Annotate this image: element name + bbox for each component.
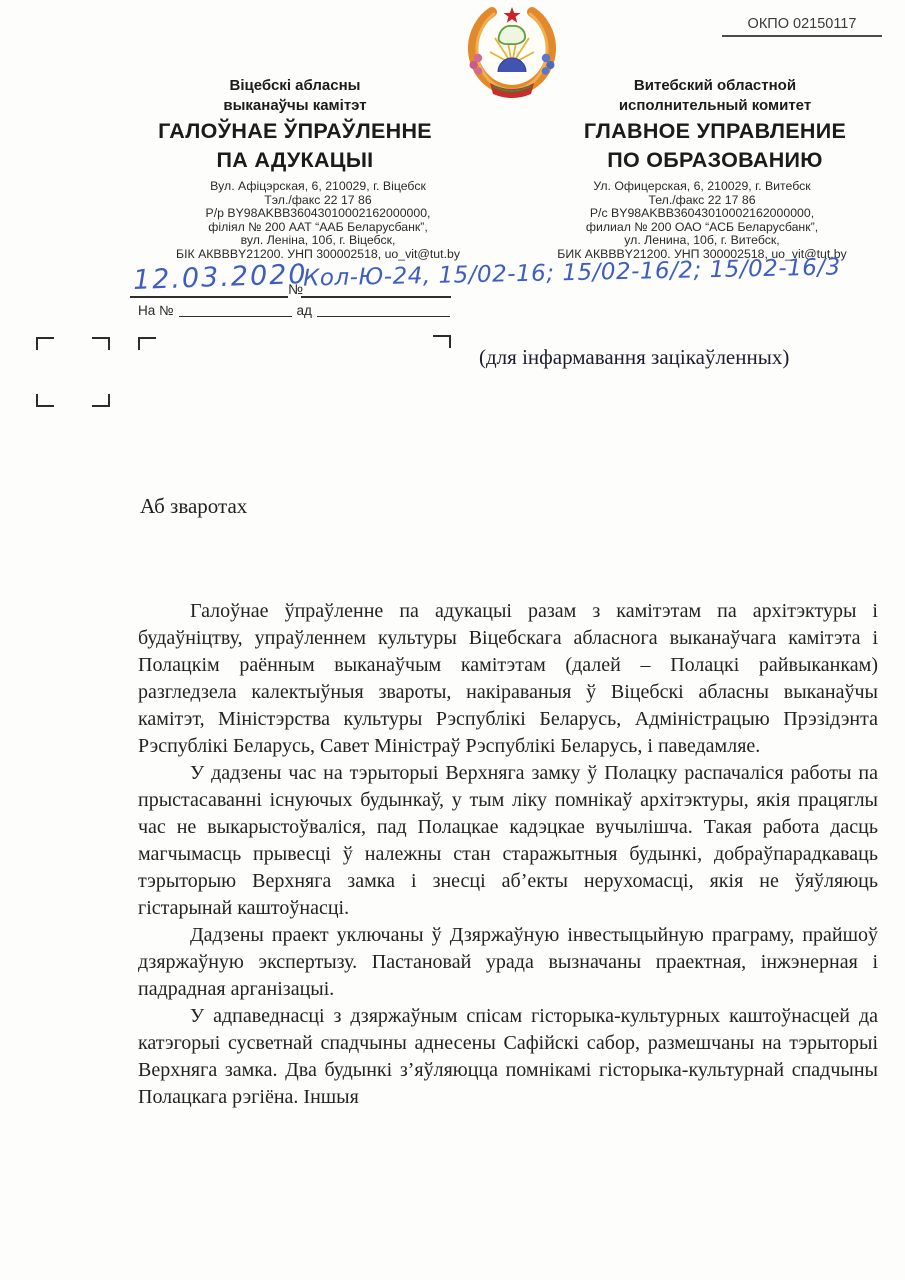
incoming-reference-row: На №ад [138, 303, 455, 320]
address-line: вул. Леніна, 10б, г. Віцебск, [118, 234, 518, 248]
address-line: філіял № 200 ААТ “ААБ Беларусбанк”, [118, 221, 518, 235]
corner-mark-top-right-1 [92, 337, 110, 350]
address-line: Тел./факс 22 17 86 [502, 194, 902, 208]
org-line: исполнительный комитет [545, 96, 885, 116]
address-line: ул. Ленина, 10б, г. Витебск, [502, 234, 902, 248]
org-line: выканаўчы камітэт [125, 96, 465, 116]
addressee-note: (для інфармавання зацікаўленных) [479, 345, 789, 370]
date-underline [130, 296, 288, 298]
body-paragraph: У адпаведнасці з дзяржаўным спісам гісто… [138, 1003, 878, 1111]
address-line: Вул. Афіцэрская, 6, 210029, г. Віцебск [118, 180, 518, 194]
body-paragraph: Галоўнае ўпраўленне па адукацыі разам з … [138, 598, 878, 760]
dept-line: ГАЛОЎНАЕ ЎПРАЎЛЕННЕ [125, 118, 465, 145]
incoming-number-blank [179, 303, 292, 317]
address-line: Р/с BY98AKBB36043010002162000000, [502, 207, 902, 221]
dept-line: ПА АДУКАЦЫІ [125, 147, 465, 174]
corner-mark-top-right-2 [433, 335, 451, 348]
number-underline [301, 296, 451, 298]
corner-mark-bottom-left [36, 394, 54, 407]
handwritten-date: 12.03.2020 [133, 259, 309, 296]
body-paragraph: У дадзены час на тэрыторыі Верхняга замк… [138, 760, 878, 922]
corner-mark-top-left-1 [36, 337, 54, 350]
org-line: Витебский областной [545, 76, 885, 96]
corner-mark-top-left-2 [138, 337, 156, 350]
org-name-belarusian: Віцебскі абласны выканаўчы камітэт ГАЛОЎ… [125, 76, 465, 174]
okpo-code: ОКПО 02150117 [722, 16, 882, 37]
address-block-russian: Ул. Офицерская, 6, 210029, г. Витебск Те… [502, 180, 902, 262]
letter-page: ОКПО 02150117 [0, 0, 905, 1280]
address-line: БІК АКВВВY21200. УНП 300002518, uo_vit@t… [118, 248, 518, 262]
org-name-russian: Витебский областной исполнительный комит… [545, 76, 885, 174]
ad-label: ад [297, 303, 312, 318]
address-line: Ул. Офицерская, 6, 210029, г. Витебск [502, 180, 902, 194]
address-line: филиал № 200 ОАО “АСБ Беларусбанк”, [502, 221, 902, 235]
incoming-date-blank [317, 303, 450, 317]
subject-line: Аб зваротах [140, 494, 247, 519]
address-block-belarusian: Вул. Афіцэрская, 6, 210029, г. Віцебск Т… [118, 180, 518, 262]
body-paragraph: Дадзены праект уключаны ў Дзяржаўную інв… [138, 922, 878, 1003]
na-no-label: На № [138, 303, 174, 318]
dept-line: ПО ОБРАЗОВАНИЮ [545, 147, 885, 174]
org-line: Віцебскі абласны [125, 76, 465, 96]
letter-body: Галоўнае ўпраўленне па адукацыі разам з … [138, 598, 878, 1111]
number-sign-label: № [288, 281, 303, 297]
address-line: Тэл./факс 22 17 86 [118, 194, 518, 208]
dept-line: ГЛАВНОЕ УПРАВЛЕНИЕ [545, 118, 885, 145]
address-line: Р/р BY98AKBB36043010002162000000, [118, 207, 518, 221]
corner-mark-bottom-right [92, 394, 110, 407]
